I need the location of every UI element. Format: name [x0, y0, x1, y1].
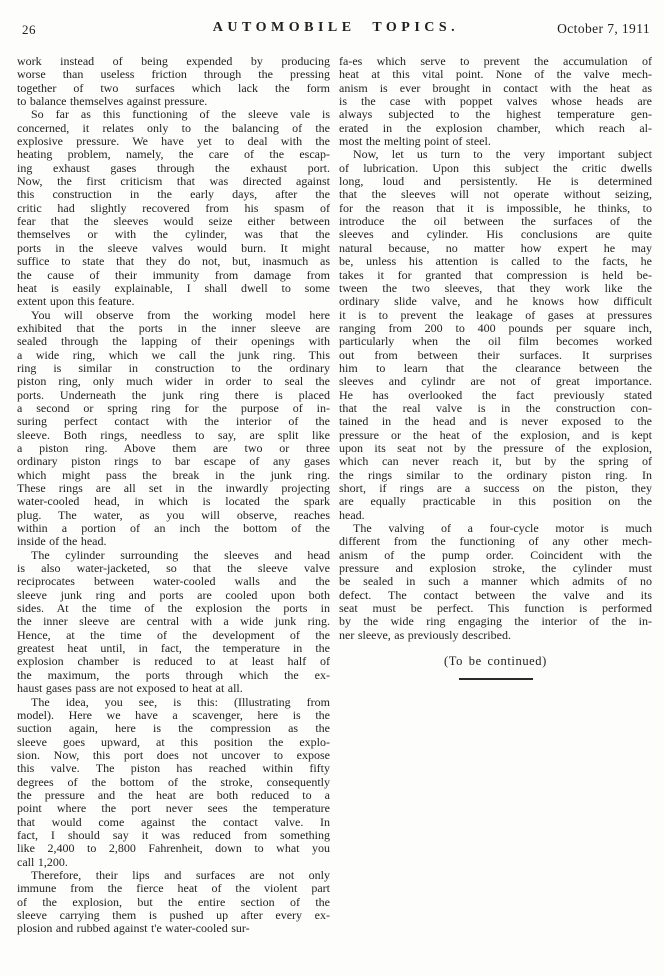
- text-line: which can never reach it, but by the spr…: [339, 455, 652, 468]
- text-line: this construction in the early days, aft…: [17, 188, 330, 201]
- text-line: Now, the first criticism that was direct…: [17, 175, 330, 188]
- text-line: within a portion of an inch the bottom o…: [17, 522, 330, 535]
- text-line: short, if rings are a success on the pis…: [339, 482, 652, 495]
- text-line: which might pass the break in the junk r…: [17, 469, 330, 482]
- text-line: exhibited that the ports in the inner sl…: [17, 322, 330, 335]
- right-column: fa-es which serve to prevent the accumul…: [339, 55, 652, 976]
- text-line: ranging from 200 to 400 pounds per squar…: [339, 322, 652, 335]
- text-line: tained in the head and is never exposed …: [339, 415, 652, 428]
- text-line: explosive pressure. We have yet to deal …: [17, 135, 330, 148]
- text-line: The valving of a four-cycle motor is muc…: [339, 522, 652, 535]
- text-line: heat at this vital point. None of the va…: [339, 68, 652, 81]
- text-line: greatest heat until, in fact, the temper…: [17, 642, 330, 655]
- text-line: suring perfect contact with the interior…: [17, 415, 330, 428]
- text-line: sides. At the time of the explosion the …: [17, 602, 330, 615]
- text-line: fa-es which serve to prevent the accumul…: [339, 55, 652, 68]
- text-line: Hence, at the time of the development of…: [17, 629, 330, 642]
- text-line: different from the functioning of any ot…: [339, 535, 652, 548]
- text-line: sleeve goes upward, at this position the…: [17, 736, 330, 749]
- text-line: suction again, here is the compression a…: [17, 722, 330, 735]
- paragraph: Now, let us turn to the very important s…: [339, 148, 652, 522]
- text-line: The cylinder surrounding the sleeves and…: [17, 549, 330, 562]
- text-line: heat is easily explainable, I shall dwel…: [17, 282, 330, 295]
- publication-title: AUTOMOBILE TOPICS.: [213, 20, 459, 36]
- text-line: ports in the sleeve valves would burn. I…: [17, 242, 330, 255]
- text-line: plosion and rubbed against t'e water-coo…: [17, 922, 330, 935]
- text-line: explosion chamber is reduced to at least…: [17, 655, 330, 668]
- paragraph: The idea, you see, is this: (Illustratin…: [17, 696, 330, 869]
- text-line: the inner sleeve are central with a wide…: [17, 615, 330, 628]
- text-line: the pressure and the heat are both reduc…: [17, 789, 330, 802]
- text-line: a piston ring. Above them are two or thr…: [17, 442, 330, 455]
- text-line: Now, let us turn to the very important s…: [339, 148, 652, 161]
- text-line: is the case with poppet valves whose hea…: [339, 95, 652, 108]
- issue-date: October 7, 1911: [557, 21, 650, 37]
- text-line: fact, I should say it was reduced from s…: [17, 829, 330, 842]
- text-line: the rings similar to the ordinary piston…: [339, 469, 652, 482]
- text-line: like 2,400 to 2,800 Fahrenheit, down to …: [17, 842, 330, 855]
- text-line: suffice to state that they do not, but, …: [17, 255, 330, 268]
- text-line: head.: [339, 509, 652, 522]
- text-line: particularly when the oil film becomes w…: [339, 335, 652, 348]
- text-line: by the wide ring engaging the interior o…: [339, 615, 652, 628]
- text-line: So far as this functioning of the sleeve…: [17, 108, 330, 121]
- text-line: of the explosion, but the entire section…: [17, 896, 330, 909]
- text-columns: work instead of being expended by produc…: [17, 55, 652, 976]
- right-column-text: fa-es which serve to prevent the accumul…: [339, 55, 652, 642]
- text-line: sleeves and cylindr are not of great imp…: [339, 375, 652, 388]
- text-line: upon its seat not by the pressure of the…: [339, 442, 652, 455]
- text-line: the maximum, the ports through which the…: [17, 669, 330, 682]
- text-line: always subjected to the highest temperat…: [339, 108, 652, 121]
- text-line: sleeve carrying them is pushed up after …: [17, 909, 330, 922]
- text-line: that would come against the contact valv…: [17, 816, 330, 829]
- text-line: fear that the sleeves would seize either…: [17, 215, 330, 228]
- paragraph: The valving of a four-cycle motor is muc…: [339, 522, 652, 642]
- left-column: work instead of being expended by produc…: [17, 55, 330, 976]
- text-line: this valve. The piston has reached withi…: [17, 762, 330, 775]
- text-line: plug. The water, as you will observe, re…: [17, 509, 330, 522]
- text-line: be sealed in such a manner which admits …: [339, 575, 652, 588]
- text-line: the cause of their immunity from damage …: [17, 269, 330, 282]
- text-line: critic had slightly recovered from his s…: [17, 202, 330, 215]
- text-line: anism is ever brought in contact with th…: [339, 82, 652, 95]
- text-line: it is to prevent the leakage of gases at…: [339, 309, 652, 322]
- text-line: sleeve. Both rings, needless to say, are…: [17, 429, 330, 442]
- text-line: anism of the pump order. Coincident with…: [339, 549, 652, 562]
- left-column-text: work instead of being expended by produc…: [17, 55, 330, 936]
- text-line: seat must be perfect. This function is p…: [339, 602, 652, 615]
- text-line: He has overlooked the fact previously st…: [339, 389, 652, 402]
- text-line: sion. Now, this port does not uncover to…: [17, 749, 330, 762]
- text-line: ports. Underneath the junk ring there is…: [17, 389, 330, 402]
- text-line: together of two surfaces which lack the …: [17, 82, 330, 95]
- text-line: degrees of the bottom of the stroke, con…: [17, 776, 330, 789]
- text-line: water-cooled head, in which is located t…: [17, 495, 330, 508]
- text-line: sleeve junk ring and ports are cooled up…: [17, 589, 330, 602]
- text-line: call 1,200.: [17, 856, 330, 869]
- text-line: ordinary piston rings to bar escape of a…: [17, 455, 330, 468]
- text-line: inside of the head.: [17, 535, 330, 548]
- paragraph: Therefore, their lips and surfaces are n…: [17, 869, 330, 936]
- text-line: model). Here we have a scavenger, here i…: [17, 709, 330, 722]
- text-line: that the real valve is in the constructi…: [339, 402, 652, 415]
- text-line: a second or spring ring for the purpose …: [17, 402, 330, 415]
- text-line: out from between their surfaces. It surp…: [339, 349, 652, 362]
- text-line: pressure or the heat of the explosion, a…: [339, 429, 652, 442]
- text-line: immune from the fierce heat of the viole…: [17, 882, 330, 895]
- text-line: erated in the explosion chamber, which r…: [339, 122, 652, 135]
- page-number: 26: [22, 22, 36, 38]
- text-line: a wide ring, which we call the junk ring…: [17, 349, 330, 362]
- text-line: ner sleeve, as previously described.: [339, 629, 652, 642]
- paragraph: You will observe from the working model …: [17, 309, 330, 549]
- text-line: are equally practicable in this position…: [339, 495, 652, 508]
- text-line: to balance themselves against pressure.: [17, 95, 330, 108]
- text-line: be, unless his attention is called to th…: [339, 255, 652, 268]
- text-line: extent upon this feature.: [17, 295, 330, 308]
- text-line: work instead of being expended by produc…: [17, 55, 330, 68]
- text-line: ing exhaust gases through the exhaust po…: [17, 162, 330, 175]
- text-line: themselves or with the cylinder, was tha…: [17, 228, 330, 241]
- text-line: heating problem, namely, the care of the…: [17, 148, 330, 161]
- paragraph: The cylinder surrounding the sleeves and…: [17, 549, 330, 696]
- text-line: haust gases pass are not exposed to heat…: [17, 682, 330, 695]
- text-line: that the sleeves will not operate withou…: [339, 188, 652, 201]
- text-line: takes it for granted that compression is…: [339, 269, 652, 282]
- text-line: worse than useless friction through the …: [17, 68, 330, 81]
- text-line: ordinary slide valve, and he knows how d…: [339, 295, 652, 308]
- text-line: of lubrication. Upon this subject the cr…: [339, 162, 652, 175]
- text-line: sleeves and cylinder. His conclusions ar…: [339, 228, 652, 241]
- text-line: These rings are all set in the inwardly …: [17, 482, 330, 495]
- text-line: pressure and explosion stroke, the cylin…: [339, 562, 652, 575]
- text-line: Therefore, their lips and surfaces are n…: [17, 869, 330, 882]
- paragraph: fa-es which serve to prevent the accumul…: [339, 55, 652, 148]
- text-line: sealed through the lapping of their open…: [17, 335, 330, 348]
- page-header: 26 AUTOMOBILE TOPICS. October 7, 1911: [22, 20, 650, 38]
- end-divider-rule: [459, 678, 533, 680]
- text-line: is also water-jacketed, so that the slee…: [17, 562, 330, 575]
- magazine-page: 26 AUTOMOBILE TOPICS. October 7, 1911 wo…: [0, 0, 664, 976]
- paragraph: work instead of being expended by produc…: [17, 55, 330, 108]
- text-line: point where the port never sees the temp…: [17, 802, 330, 815]
- to-be-continued-note: (To be continued): [339, 654, 652, 669]
- text-line: introduce the oil between the surfaces o…: [339, 215, 652, 228]
- text-line: defect. The contact between the valve an…: [339, 589, 652, 602]
- text-line: natural because, no matter how expert he…: [339, 242, 652, 255]
- text-line: The idea, you see, is this: (Illustratin…: [17, 696, 330, 709]
- text-line: ring is similar in construction to the o…: [17, 362, 330, 375]
- text-line: for the reason that it is impossible, he…: [339, 202, 652, 215]
- paragraph: So far as this functioning of the sleeve…: [17, 108, 330, 308]
- text-line: piston ring, only much wider in order to…: [17, 375, 330, 388]
- text-line: him to learn that the clearance between …: [339, 362, 652, 375]
- text-line: tween the two sleeves, that they work li…: [339, 282, 652, 295]
- text-line: long, loud and persistently. He is deter…: [339, 175, 652, 188]
- text-line: You will observe from the working model …: [17, 309, 330, 322]
- text-line: concerned, it relates only to the balanc…: [17, 122, 330, 135]
- text-line: reciprocates between water-cooled walls …: [17, 575, 330, 588]
- text-line: most the melting point of steel.: [339, 135, 652, 148]
